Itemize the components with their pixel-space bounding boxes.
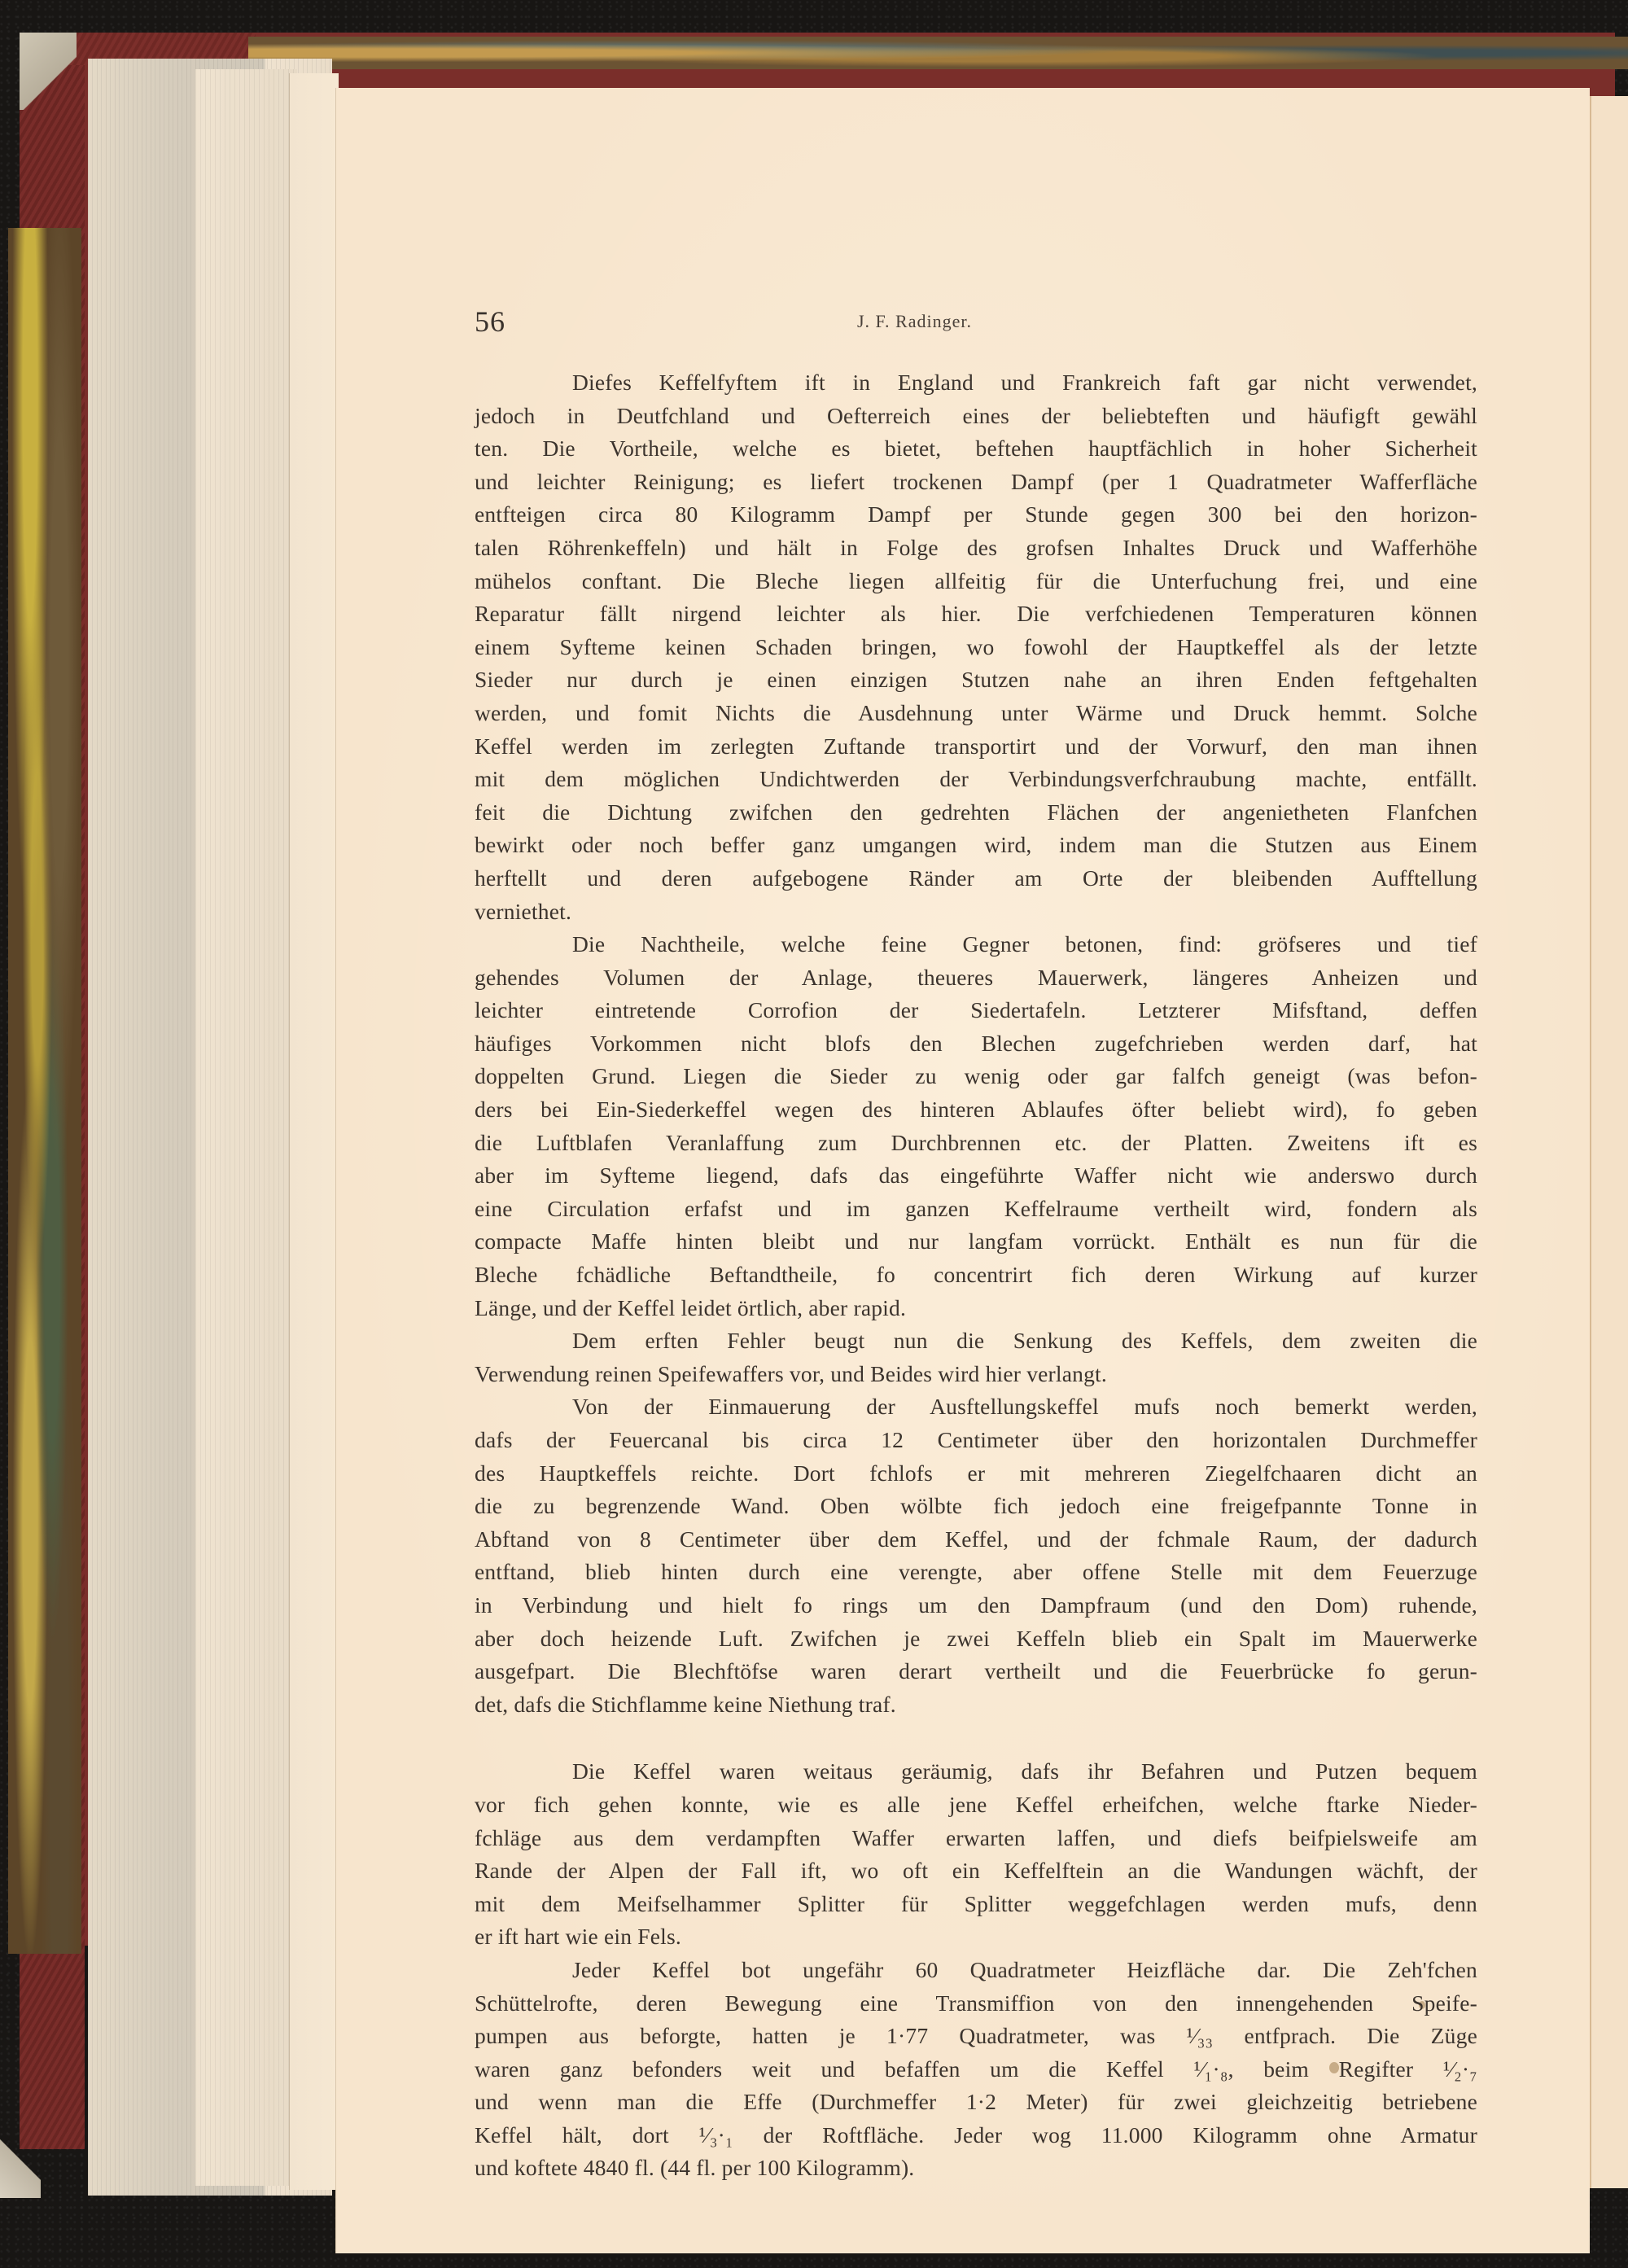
paragraph: Dem erften Fehler beugt nun die Senkung … — [475, 1324, 1477, 1390]
text-line: Verwendung reinen Speifewaffers vor, und… — [475, 1358, 1477, 1391]
text-line: vor fich gehen konnte, wie es alle jene … — [475, 1789, 1477, 1822]
text-line: Bleche fchädliche Beftandtheile, fo conc… — [475, 1259, 1477, 1292]
worn-corner-bottom — [0, 2133, 41, 2198]
paragraph: Jeder Keffel bot ungefähr 60 Quadratmete… — [475, 1954, 1477, 2185]
text-line: und leichter Reinigung; es liefert trock… — [475, 466, 1477, 499]
marbled-board-left — [8, 228, 81, 1954]
text-line: ten. Die Vortheile, welche es bietet, be… — [475, 432, 1477, 466]
paragraph: Von der Einmauerung der Ausftellungskeff… — [475, 1390, 1477, 1721]
page-text-block: 56 J. F. Radinger. Diefes Keffelfyftem i… — [475, 301, 1477, 2185]
text-line: und koftete 4840 fl. (44 fl. per 100 Kil… — [475, 2152, 1477, 2185]
paragraph: Diefes Keffelfyftem ift in England und F… — [475, 366, 1477, 928]
text-line: häufiges Vorkommen nicht blofs den Blech… — [475, 1027, 1477, 1061]
text-line: aber im Syfteme liegend, dafs das eingef… — [475, 1159, 1477, 1193]
marbled-board-top — [248, 37, 1628, 69]
paragraph-gap — [475, 1721, 1477, 1755]
page-edges-inner — [195, 69, 297, 2186]
text-line: det, dafs die Stichflamme keine Niethung… — [475, 1688, 1477, 1722]
text-line: und wenn man die Effe (Durchmeffer 1·2 M… — [475, 2086, 1477, 2119]
text-line: mit dem möglichen Undichtwerden der Verb… — [475, 763, 1477, 796]
text-line: mit dem Meifselhammer Splitter für Split… — [475, 1888, 1477, 1921]
worn-corner-top — [20, 33, 77, 110]
text-line: dafs der Feuercanal bis circa 12 Centime… — [475, 1424, 1477, 1457]
text-line: in Verbindung und hielt fo rings um den … — [475, 1589, 1477, 1622]
text-line: Dem erften Fehler beugt nun die Senkung … — [475, 1324, 1477, 1358]
text-line: Rande der Alpen der Fall ift, wo oft ein… — [475, 1854, 1477, 1888]
text-line: Abftand von 8 Centimeter über dem Keffel… — [475, 1523, 1477, 1557]
text-line: werden, und fomit Nichts die Ausdehnung … — [475, 697, 1477, 730]
text-line: Reparatur fällt nirgend leichter als hie… — [475, 598, 1477, 631]
text-line: talen Röhrenkeffeln) und hält in Folge d… — [475, 532, 1477, 565]
text-line: Von der Einmauerung der Ausftellungskeff… — [475, 1390, 1477, 1424]
paragraph: Die Keffel waren weitaus geräumig, dafs … — [475, 1755, 1477, 1954]
author-running-head: J. F. Radinger. — [857, 311, 972, 332]
text-line: des Hauptkeffels reichte. Dort fchlofs e… — [475, 1457, 1477, 1491]
text-line: feit die Dichtung zwifchen den gedrehten… — [475, 796, 1477, 830]
text-line: Keffel hält, dort ¹⁄₃·₁ der Roftfläche. … — [475, 2119, 1477, 2152]
text-line: Diefes Keffelfyftem ift in England und F… — [475, 366, 1477, 400]
body-text: Diefes Keffelfyftem ift in England und F… — [475, 366, 1477, 2185]
text-line: bewirkt oder noch beffer ganz umgangen w… — [475, 829, 1477, 862]
text-line: die zu begrenzende Wand. Oben wölbte fic… — [475, 1490, 1477, 1523]
text-line: leichter eintretende Corrofion der Siede… — [475, 994, 1477, 1027]
text-line: er ift hart wie ein Fels. — [475, 1920, 1477, 1954]
text-line: Schüttelrofte, deren Bewegung eine Trans… — [475, 1987, 1477, 2021]
text-line: entftand, blieb hinten durch eine vereng… — [475, 1556, 1477, 1589]
page-number: 56 — [475, 304, 505, 339]
text-line: Länge, und der Keffel leidet örtlich, ab… — [475, 1292, 1477, 1325]
text-line: pumpen aus beforgte, hatten je 1·77 Quad… — [475, 2020, 1477, 2053]
paragraph: Die Nachtheile, welche feine Gegner beto… — [475, 928, 1477, 1324]
text-line: aber doch heizende Luft. Zwifchen je zwe… — [475, 1622, 1477, 1656]
text-line: Die Nachtheile, welche feine Gegner beto… — [475, 928, 1477, 961]
text-line: einem Syfteme keinen Schaden bringen, wo… — [475, 631, 1477, 664]
text-line: fchläge aus dem verdampften Waffer erwar… — [475, 1822, 1477, 1855]
text-line: entfteigen circa 80 Kilogramm Dampf per … — [475, 498, 1477, 532]
text-line: Jeder Keffel bot ungefähr 60 Quadratmete… — [475, 1954, 1477, 1987]
text-line: herftellt und deren aufgebogene Ränder a… — [475, 862, 1477, 895]
text-line: verniethet. — [475, 895, 1477, 929]
adjacent-page-edge — [1590, 96, 1628, 2188]
text-line: gehendes Volumen der Anlage, theueres Ma… — [475, 961, 1477, 995]
text-line: die Luftblafen Veranlaffung zum Durchbre… — [475, 1127, 1477, 1160]
text-line: mühelos conftant. Die Bleche liegen allf… — [475, 565, 1477, 598]
text-line: Die Keffel waren weitaus geräumig, dafs … — [475, 1755, 1477, 1789]
text-line: compacte Maffe hinten bleibt und nur lan… — [475, 1225, 1477, 1259]
text-line: eine Circulation erfafst und im ganzen K… — [475, 1193, 1477, 1226]
text-line: jedoch in Deutfchland und Oefterreich ei… — [475, 400, 1477, 433]
text-line: doppelten Grund. Liegen die Sieder zu we… — [475, 1060, 1477, 1093]
text-line: waren ganz befonders weit und befaffen u… — [475, 2053, 1477, 2086]
running-head: 56 J. F. Radinger. — [475, 301, 1477, 350]
text-line: ders bei Ein-Siederkeffel wegen des hint… — [475, 1093, 1477, 1127]
text-line: Keffel werden im zerlegten Zuftande tran… — [475, 730, 1477, 764]
text-line: ausgefpart. Die Blechftöfse waren derart… — [475, 1655, 1477, 1688]
page-edge-strip — [289, 73, 339, 2190]
text-line: Sieder nur durch je einen einzigen Stutz… — [475, 663, 1477, 697]
